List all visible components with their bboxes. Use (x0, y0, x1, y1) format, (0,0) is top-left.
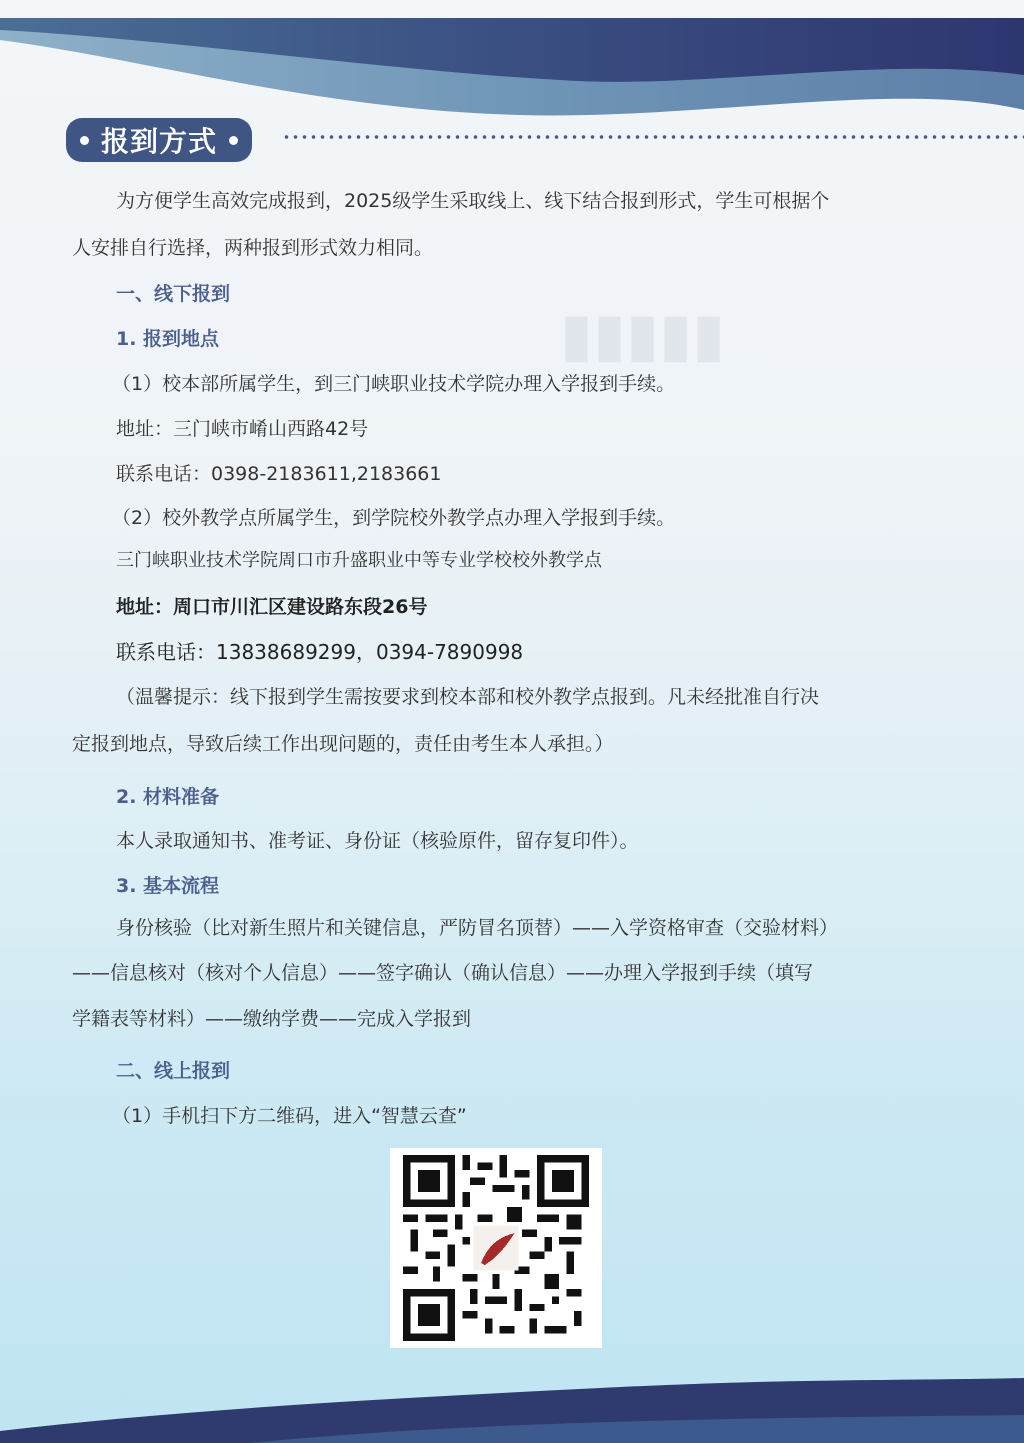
main-campus-address: 地址：三门峡市崤山西路42号 (116, 416, 368, 442)
intro-line-2: 人安排自行选择，两种报到形式效力相同。 (72, 235, 433, 261)
location-heading: 1. 报到地点 (116, 326, 219, 352)
materials-text: 本人录取通知书、准考证、身份证（核验原件，留存复印件）。 (116, 828, 639, 854)
offline-heading: 一、线下报到 (116, 281, 230, 307)
online-step-1: （1）手机扫下方二维码，进入“智慧云查” (112, 1103, 467, 1129)
online-heading: 二、线上报到 (116, 1058, 230, 1084)
document-page: 报到方式 为方便学生高效完成报到，2025级学生采取线上、线下结合报到形式，学生… (0, 0, 1024, 1443)
main-campus-item: （1）校本部所属学生，到三门峡职业技术学院办理入学报到手续。 (112, 371, 675, 397)
tip-line-2: 定报到地点，导致后续工作出现问题的，责任由考生本人承担。） (72, 731, 614, 757)
tip-line-1: （温馨提示：线下报到学生需按要求到校本部和校外教学点报到。凡未经批准自行决 (116, 684, 819, 710)
off-campus-item: （2）校外教学点所属学生，到学院校外教学点办理入学报到手续。 (112, 505, 675, 531)
off-campus-name: 三门峡职业技术学院周口市升盛职业中等专业学校校外教学点 (116, 548, 602, 574)
bullet-dot-icon (80, 136, 89, 145)
qr-code-icon (401, 1155, 591, 1341)
intro-line-1: 为方便学生高效完成报到，2025级学生采取线上、线下结合报到形式，学生可根据个 (116, 188, 829, 214)
process-line-1: 身份核验（比对新生照片和关键信息，严防冒名顶替）——入学资格审查（交验材料） (116, 915, 838, 941)
section-header: 报到方式 (66, 118, 252, 162)
process-line-2: ——信息核对（核对个人信息）——签字确认（确认信息）——办理入学报到手续（填写 (72, 960, 813, 986)
qr-code-card[interactable] (390, 1148, 602, 1348)
process-line-3: 学籍表等材料）——缴纳学费——完成入学报到 (72, 1006, 471, 1032)
section-title: 报到方式 (101, 120, 217, 160)
section-title-pill: 报到方式 (66, 118, 252, 162)
materials-heading: 2. 材料准备 (116, 784, 219, 810)
off-campus-phone: 联系电话：13838689299，0394-7890998 (116, 639, 523, 665)
off-campus-address: 地址：周口市川汇区建设路东段26号 (116, 594, 427, 620)
dotted-divider (282, 134, 1024, 140)
main-campus-phone: 联系电话：0398-2183611,2183661 (116, 461, 442, 487)
process-heading: 3. 基本流程 (116, 873, 219, 899)
bullet-dot-icon (229, 136, 238, 145)
